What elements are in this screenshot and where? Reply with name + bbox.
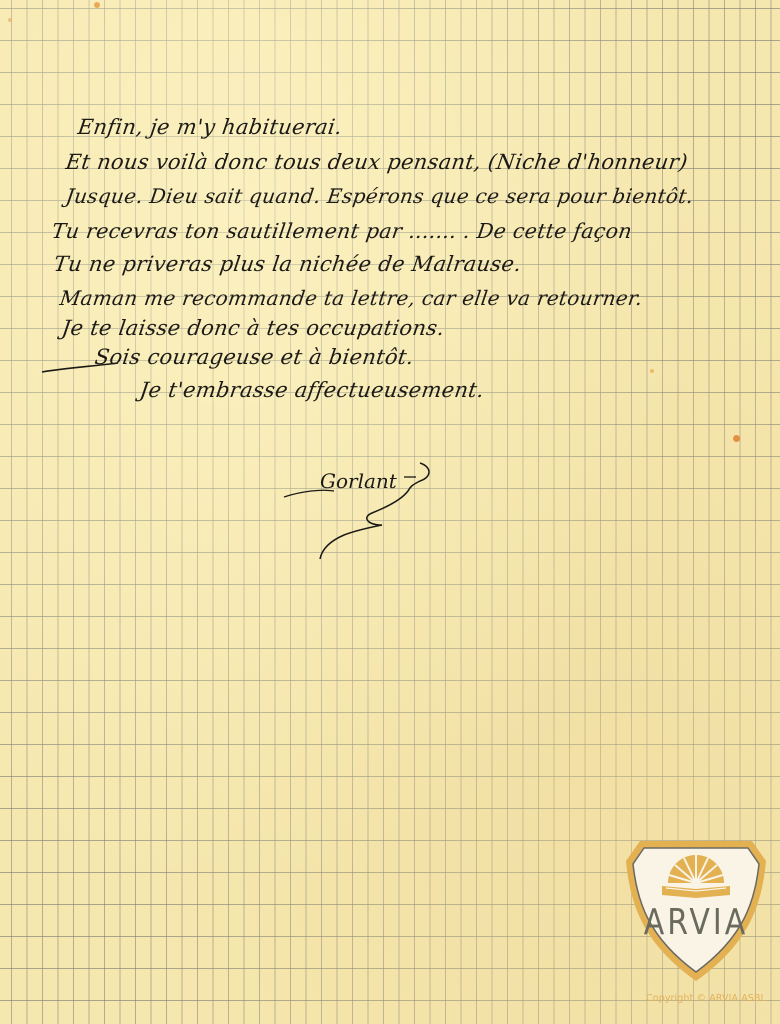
letter-line: Jusque. Dieu sait quand. Espérons que ce… <box>64 184 695 208</box>
copyright-notice: Copyright © ARVIA ASBL <box>636 993 776 1004</box>
arvia-logo: ARVIA <box>622 833 770 985</box>
underline-flourish <box>40 360 120 376</box>
letter-line: Tu recevras ton sautillement par .......… <box>50 219 633 243</box>
signature: Gorlant <box>282 455 442 565</box>
letter-line: Et nous voilà donc tous deux pensant, (N… <box>64 150 689 174</box>
letter-line: Je t'embrasse affectueusement. <box>138 378 485 402</box>
letter-line: Je te laisse donc à tes occupations. <box>60 316 446 340</box>
signature-flourish <box>282 455 442 565</box>
letter-line: Maman me recommande ta lettre, car elle … <box>58 286 644 310</box>
letter-line: Tu ne priveras plus la nichée de Malraus… <box>52 252 523 276</box>
letter-line: Enfin, je m'y habituerai. <box>76 115 343 139</box>
letter-line: Sois courageuse et à bientôt. <box>93 345 415 369</box>
logo-text: ARVIA <box>622 902 770 944</box>
